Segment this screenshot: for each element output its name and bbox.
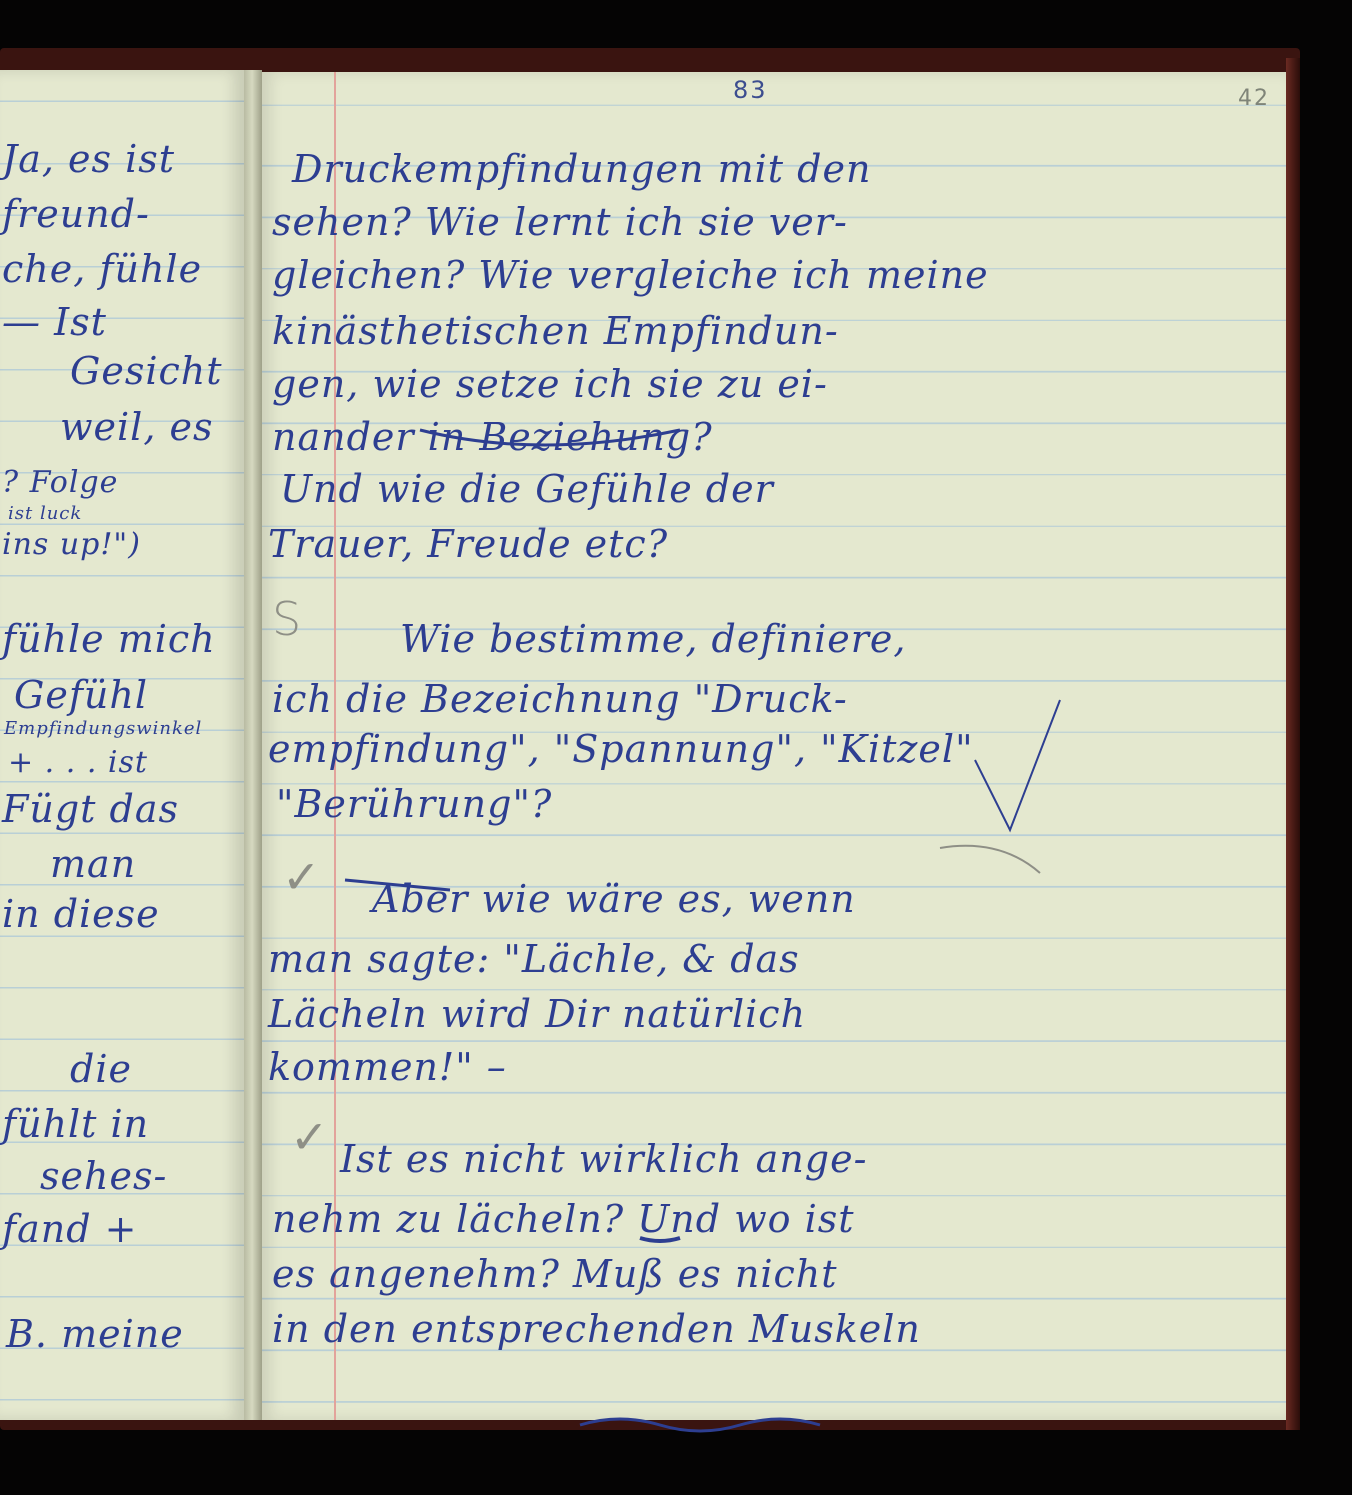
left-fragment: weil, es [60,408,213,446]
margin-mark-s: S [272,592,301,646]
left-fragment: — Ist [2,303,107,341]
manuscript-line: Lächeln wird Dir natürlich [268,995,806,1033]
manuscript-line: nander in Beziehung? [272,418,713,456]
manuscript-line: kinästhetischen Empfindun- [272,312,839,350]
left-fragment: Empfindungswinkel [4,720,202,738]
manuscript-line: gleichen? Wie vergleiche ich meine [272,256,989,294]
left-fragment: die [70,1050,132,1088]
binding-gutter [244,70,262,1420]
left-fragment: Fügt das [2,790,179,828]
left-fragment: Gesicht [70,352,223,390]
left-fragment: Ja, es ist [2,140,175,178]
left-fragment: fühle mich [2,620,216,658]
manuscript-line: gen, wie setze ich sie zu ei- [272,365,828,403]
left-fragment: che, fühle [2,250,202,288]
manuscript-line: kommen!" – [268,1048,507,1086]
manuscript-line: man sagte: "Lächle, & das [268,940,800,978]
manuscript-line: Trauer, Freude etc? [268,525,668,563]
manuscript-line: ich die Bezeichnung "Druck- [272,680,848,718]
manuscript-line: Ist es nicht wirklich ange- [340,1140,867,1178]
manuscript-line: in den entsprechenden Muskeln [272,1310,921,1348]
page-number: 83 [733,76,768,104]
manuscript-line: Wie bestimme, definiere, [400,620,906,658]
margin-mark-check: ✓ [282,850,321,904]
left-fragment: in diese [2,895,160,933]
manuscript-line: Und wie die Gefühle der [280,470,774,508]
manuscript-line: "Berührung"? [276,785,552,823]
folio-number: 42 [1238,86,1270,111]
left-fragment: B. meine [6,1315,184,1353]
left-fragment: + . . . ist [8,748,148,778]
left-fragment: fühlt in [2,1105,149,1143]
manuscript-line: sehen? Wie lernt ich sie ver- [272,203,848,241]
left-fragment: man [50,845,136,883]
left-fragment: ist luck [8,505,82,523]
manuscript-line: empfindung", "Spannung", "Kitzel" [268,730,974,768]
left-fragment: fand + [2,1210,137,1248]
left-fragment: sehes- [40,1157,167,1195]
left-fragment: ? Folge [2,468,118,498]
left-fragment: Gefühl [14,676,148,714]
left-fragment: freund- [2,195,150,233]
manuscript-line: nehm zu lächeln? Und wo ist [272,1200,855,1238]
manuscript-line: Druckempfindungen mit den [292,150,871,188]
margin-mark-check: ✓ [290,1110,329,1164]
left-fragment: ins up!") [2,530,141,560]
manuscript-line: Aber wie wäre es, wenn [372,880,856,918]
manuscript-line: es angenehm? Muß es nicht [272,1255,838,1293]
page-edge [1286,58,1300,1430]
